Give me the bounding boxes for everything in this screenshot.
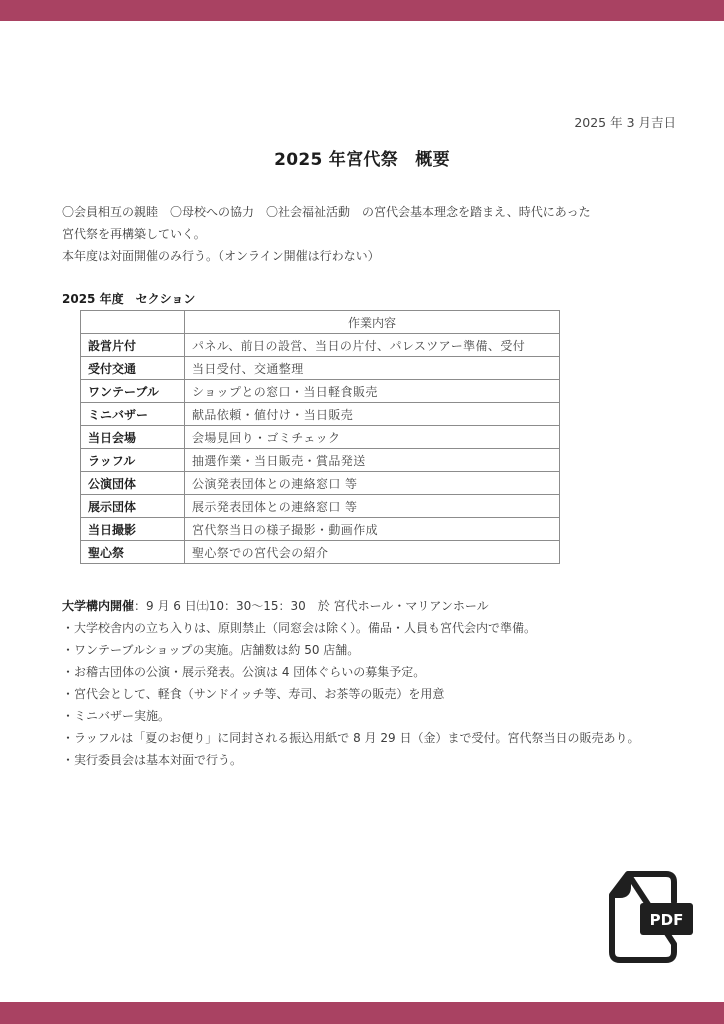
table-row: 当日撮影 宮代祭当日の様子撮影・動画作成 (81, 518, 560, 541)
section-task: 公演発表団体との連絡窓口 等 (185, 472, 560, 495)
event-detail: ：9 月 6 日㈯10：30～15：30 於 宮代ホール・マリアンホール (134, 599, 489, 613)
section-task: 会場見回り・ゴミチェック (185, 426, 560, 449)
bottom-accent-bar (0, 1002, 724, 1024)
section-task: 展示発表団体との連絡窓口 等 (185, 495, 560, 518)
section-heading: 2025 年度 セクション (62, 290, 195, 307)
table-row: 当日会場 会場見回り・ゴミチェック (81, 426, 560, 449)
section-name: 設営片付 (81, 334, 185, 357)
event-details: 大学構内開催：9 月 6 日㈯10：30～15：30 於 宮代ホール・マリアンホ… (62, 595, 672, 771)
section-name: 展示団体 (81, 495, 185, 518)
top-accent-bar (0, 0, 724, 21)
table-row: 設営片付 パネル、前日の設営、当日の片付、パレスツアー準備、受付 (81, 334, 560, 357)
document-date: 2025 年 3 月吉日 (574, 113, 676, 131)
section-task: パネル、前日の設営、当日の片付、パレスツアー準備、受付 (185, 334, 560, 357)
intro-line: 〇会員相互の親睦 〇母校への協力 〇社会福祉活動 の宮代会基本理念を踏まえ、時代… (62, 201, 591, 223)
section-task: 当日受付、交通整理 (185, 357, 560, 380)
section-task: ショップとの窓口・当日軽食販売 (185, 380, 560, 403)
table-row: ラッフル 抽選作業・当日販売・賞品発送 (81, 449, 560, 472)
event-bullet: ・ワンテーブルショップの実施。店舗数は約 50 店舗。 (62, 639, 672, 661)
section-name: 受付交通 (81, 357, 185, 380)
event-bullet: ・実行委員会は基本対面で行う。 (62, 749, 672, 771)
event-label: 大学構内開催 (62, 599, 134, 613)
section-name: 当日撮影 (81, 518, 185, 541)
intro-line: 本年度は対面開催のみ行う。（オンライン開催は行わない） (62, 245, 591, 267)
section-task: 聖心祭での宮代会の紹介 (185, 541, 560, 564)
table-header-row: 作業内容 (81, 311, 560, 334)
pdf-label: PDF (650, 911, 684, 929)
event-bullet: ・ミニバザー実施。 (62, 705, 672, 727)
header-task: 作業内容 (185, 311, 560, 334)
section-name: ワンテーブル (81, 380, 185, 403)
document-title: 2025 年宮代祭 概要 (0, 145, 724, 170)
table-row: ミニバザー 献品依頼・値付け・当日販売 (81, 403, 560, 426)
event-bullet: ・宮代会として、軽食（サンドイッチ等、寿司、お茶等の販売）を用意 (62, 683, 672, 705)
section-task: 抽選作業・当日販売・賞品発送 (185, 449, 560, 472)
event-bullet: ・ラッフルは「夏のお便り」に同封される振込用紙で 8 月 29 日（金）まで受付… (62, 727, 672, 749)
section-name: 公演団体 (81, 472, 185, 495)
sections-table: 作業内容 設営片付 パネル、前日の設営、当日の片付、パレスツアー準備、受付 受付… (80, 310, 560, 564)
section-name: 当日会場 (81, 426, 185, 449)
table-row: 受付交通 当日受付、交通整理 (81, 357, 560, 380)
section-name: ラッフル (81, 449, 185, 472)
section-task: 献品依頼・値付け・当日販売 (185, 403, 560, 426)
pdf-file-icon[interactable]: PDF (608, 871, 698, 965)
event-summary: 大学構内開催：9 月 6 日㈯10：30～15：30 於 宮代ホール・マリアンホ… (62, 595, 672, 617)
table-row: ワンテーブル ショップとの窓口・当日軽食販売 (81, 380, 560, 403)
intro-paragraph: 〇会員相互の親睦 〇母校への協力 〇社会福祉活動 の宮代会基本理念を踏まえ、時代… (62, 201, 591, 267)
section-task: 宮代祭当日の様子撮影・動画作成 (185, 518, 560, 541)
table-row: 公演団体 公演発表団体との連絡窓口 等 (81, 472, 560, 495)
table-row: 聖心祭 聖心祭での宮代会の紹介 (81, 541, 560, 564)
table-row: 展示団体 展示発表団体との連絡窓口 等 (81, 495, 560, 518)
section-name: 聖心祭 (81, 541, 185, 564)
event-bullet: ・お稽古団体の公演・展示発表。公演は 4 団体ぐらいの募集予定。 (62, 661, 672, 683)
section-name: ミニバザー (81, 403, 185, 426)
event-bullet: ・大学校舎内の立ち入りは、原則禁止（同窓会は除く）。備品・人員も宮代会内で準備。 (62, 617, 672, 639)
intro-line: 宮代祭を再構築していく。 (62, 223, 591, 245)
header-section-name (81, 311, 185, 334)
